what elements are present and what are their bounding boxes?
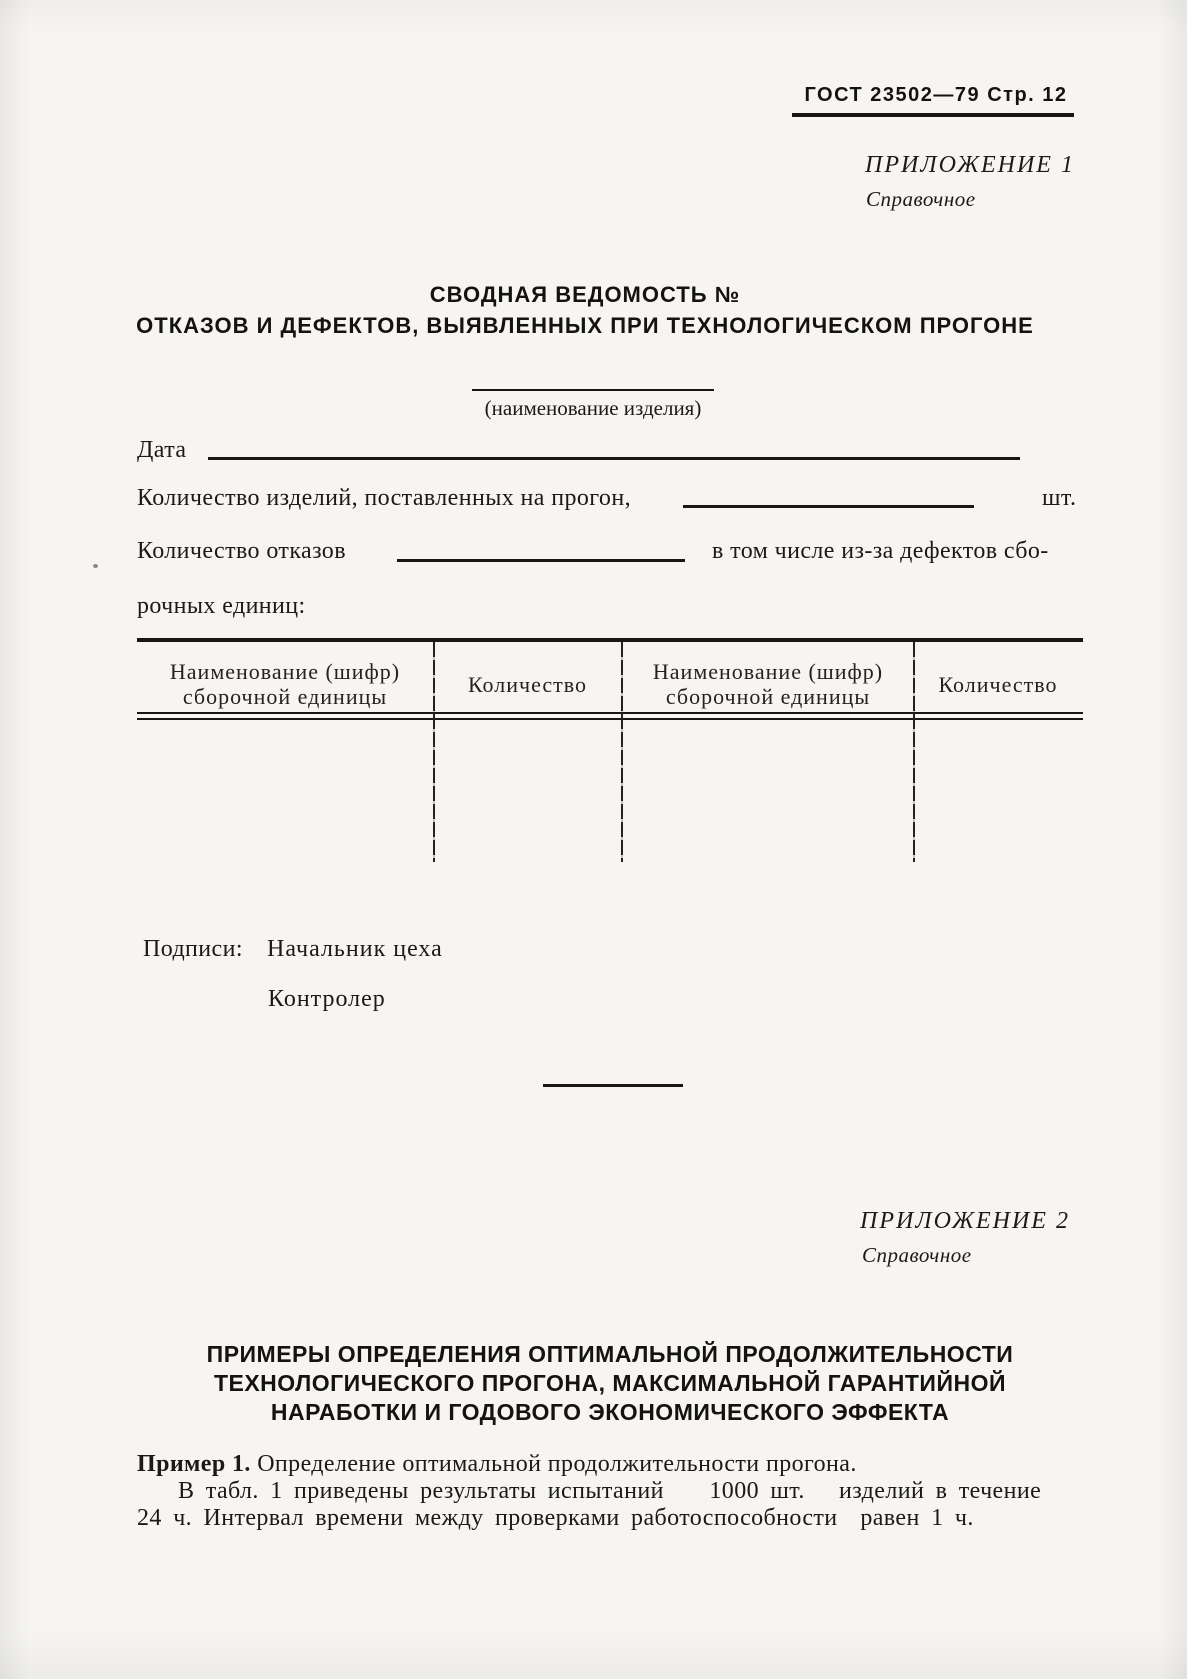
- signatures-label: Подписи:: [143, 936, 243, 963]
- table-header-rule: [137, 712, 1083, 720]
- quantity-run-blank-line: [683, 505, 974, 508]
- signature-role-shop-chief: Начальник цеха: [267, 936, 443, 963]
- signature-role-controller: Контролер: [268, 986, 386, 1013]
- quantity-run-unit: шт.: [1042, 485, 1076, 512]
- table-header-unit-name-1: Наименование (шифр) сборочной единицы: [152, 659, 418, 709]
- failures-blank-line: [397, 559, 685, 562]
- example-lead-line: Пример 1. Определение оптимальной продол…: [137, 1451, 857, 1478]
- form-title: СВОДНАЯ ВЕДОМОСТЬ № ОТКАЗОВ И ДЕФЕКТОВ, …: [120, 279, 1050, 341]
- appendix2-label: ПРИЛОЖЕНИЕ 2: [860, 1208, 1070, 1235]
- appendix2-title-line1: ПРИМЕРЫ ОПРЕДЕЛЕНИЯ ОПТИМАЛЬНОЙ ПРОДОЛЖИ…: [130, 1340, 1090, 1369]
- section-separator-rule: [543, 1084, 683, 1087]
- example-lead-rest: Определение оптимальной продолжительност…: [251, 1451, 857, 1477]
- table-header-unit-name-2: Наименование (шифр) сборочной единицы: [637, 659, 899, 709]
- form-title-line2: ОТКАЗОВ И ДЕФЕКТОВ, ВЫЯВЛЕННЫХ ПРИ ТЕХНО…: [120, 310, 1050, 341]
- table-top-rule: [137, 638, 1083, 642]
- table-header-quantity-2: Количество: [913, 672, 1083, 697]
- appendix2-sublabel: Справочное: [862, 1243, 972, 1268]
- table-header-quantity-1: Количество: [434, 672, 621, 697]
- product-name-caption: (наименование изделия): [428, 396, 758, 421]
- appendix1-label: ПРИЛОЖЕНИЕ 1: [865, 152, 1075, 179]
- failures-suffix: в том числе из-за дефектов сбо-: [712, 538, 1049, 565]
- form-title-line1: СВОДНАЯ ВЕДОМОСТЬ №: [120, 279, 1050, 310]
- running-head-rule: [792, 113, 1074, 117]
- example-body-line2: 24 ч. Интервал времени между проверками …: [137, 1505, 974, 1532]
- quantity-run-label: Количество изделий, поставленных на прог…: [137, 485, 631, 512]
- date-blank-line: [208, 457, 1020, 460]
- failures-label: Количество отказов: [137, 538, 346, 565]
- example-body-line1: В табл. 1 приведены результаты испытаний…: [178, 1478, 1041, 1505]
- appendix2-title: ПРИМЕРЫ ОПРЕДЕЛЕНИЯ ОПТИМАЛЬНОЙ ПРОДОЛЖИ…: [130, 1340, 1090, 1427]
- appendix1-sublabel: Справочное: [866, 187, 976, 212]
- appendix2-title-line2: ТЕХНОЛОГИЧЕСКОГО ПРОГОНА, МАКСИМАЛЬНОЙ Г…: [130, 1369, 1090, 1398]
- scanned-document-page: ГОСТ 23502—79 Стр. 12 ПРИЛОЖЕНИЕ 1 Справ…: [0, 0, 1187, 1679]
- date-label: Дата: [137, 437, 186, 464]
- example-lead: Пример 1.: [137, 1451, 251, 1477]
- scan-speck: [93, 564, 98, 568]
- table-column-separator: [621, 642, 623, 862]
- product-name-blank-line: [472, 389, 714, 391]
- appendix2-title-line3: НАРАБОТКИ И ГОДОВОГО ЭКОНОМИЧЕСКОГО ЭФФЕ…: [130, 1398, 1090, 1427]
- failures-suffix-wrap: рочных единиц:: [137, 593, 306, 620]
- running-head: ГОСТ 23502—79 Стр. 12: [795, 84, 1077, 107]
